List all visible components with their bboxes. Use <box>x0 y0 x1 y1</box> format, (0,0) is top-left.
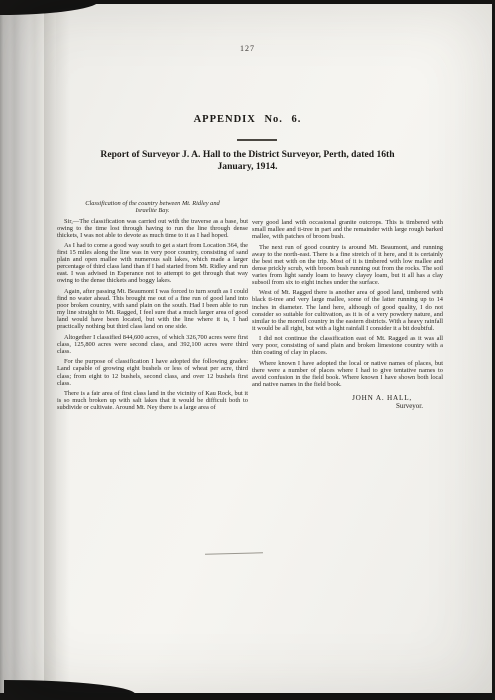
paragraph: Sir,—The classification was carried out … <box>57 218 248 239</box>
page-number: 127 <box>0 44 495 53</box>
left-column: Classification of the country between Mt… <box>57 200 248 411</box>
paragraph: West of Mt. Ragged there is another area… <box>252 289 443 331</box>
scan-shadow-top-left <box>0 0 100 15</box>
paragraph: Altogether I classified 844,600 acres, o… <box>57 334 248 355</box>
paragraph: The next run of good country is around M… <box>252 244 443 286</box>
scan-artifact-line <box>205 552 263 555</box>
paragraph: For the purpose of classification I have… <box>57 358 248 386</box>
paragraph: very good land with occasional granite o… <box>252 219 443 240</box>
paragraph: Where known I have adopted the local or … <box>252 360 443 388</box>
paragraph: Again, after passing Mt. Beaumont I was … <box>57 288 248 330</box>
right-column: very good land with occasional granite o… <box>252 219 443 410</box>
paragraph: As I had to come a good way south to get… <box>57 242 248 284</box>
appendix-heading: APPENDIX No. 6. <box>0 114 495 125</box>
paragraph: I did not continue the classification ea… <box>252 335 443 356</box>
heading-divider-rule <box>237 139 277 141</box>
paragraph: There is a fair area of first class land… <box>57 390 248 411</box>
report-title: Report of Surveyor J. A. Hall to the Dis… <box>45 149 450 172</box>
scan-shadow-bottom-left <box>4 680 136 695</box>
signature-role: Surveyor. <box>252 403 443 410</box>
signature-name: JOHN A. HALL, <box>252 395 443 402</box>
section-heading: Classification of the country between Mt… <box>57 200 248 214</box>
signature-block: JOHN A. HALL, Surveyor. <box>252 395 443 410</box>
scanned-page: 127 APPENDIX No. 6. Report of Surveyor J… <box>0 0 495 700</box>
